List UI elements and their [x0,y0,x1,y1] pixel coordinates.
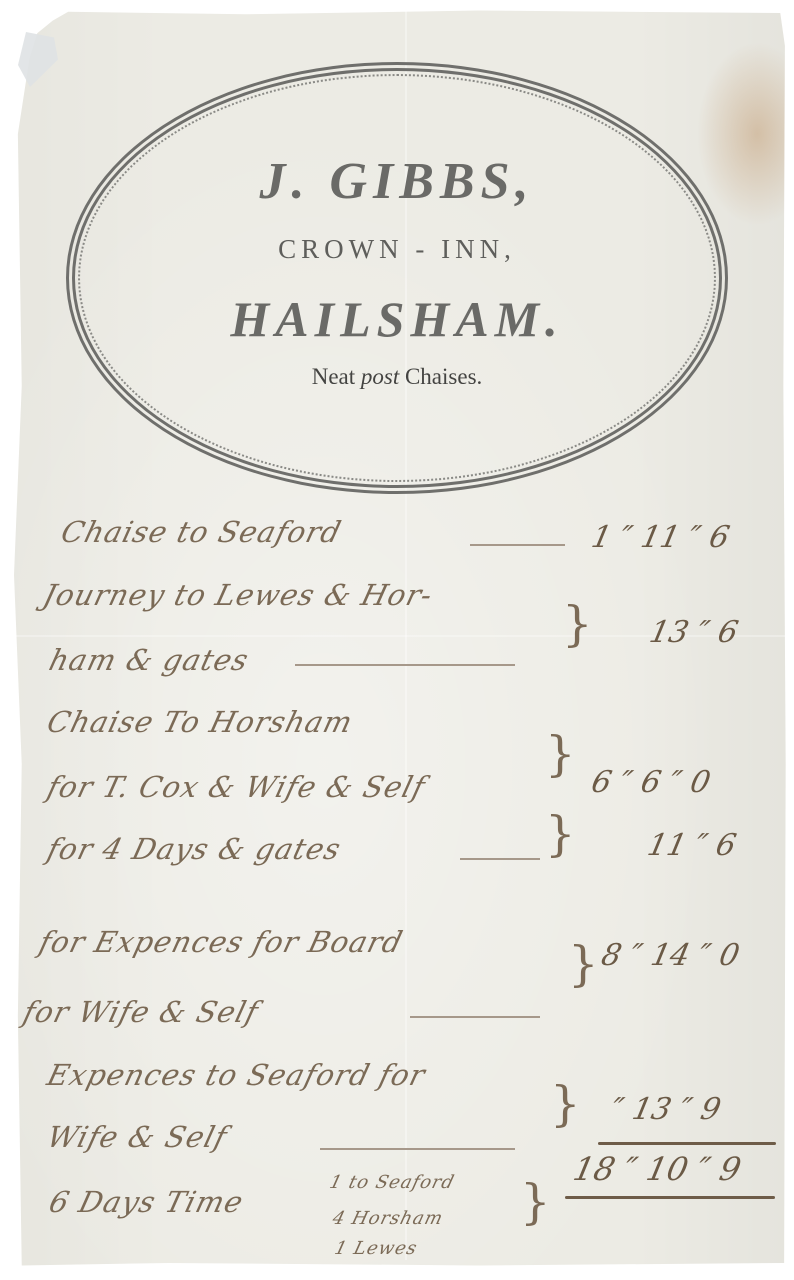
total-amount: 18 ″ 10 ″ 9 [570,1150,744,1188]
entry-description: Chaise to Seaford [58,515,345,549]
proprietor-name: J. GIBBS, [0,152,794,211]
entry-description: ham & gates [46,643,253,677]
entry-description: Chaise To Horsham [44,705,357,739]
leader-line [295,664,515,666]
entry-amount: 8 ″ 14 ″ 0 [598,938,742,973]
entry-description: Wife & Self [44,1120,231,1154]
brace: } [520,1178,551,1226]
leader-line [470,544,565,546]
entry-description: for Expences for Board [36,925,407,959]
entry-description: Expences to Seaford for [44,1058,429,1092]
entry-amount: ″ 13 ″ 9 [608,1092,724,1127]
entry-sub-item: 4 Horsham [330,1208,445,1229]
brace: } [568,940,599,988]
brace: } [562,600,593,648]
leader-line [320,1148,515,1150]
entry-description: for T. Cox & Wife & Self [44,770,429,804]
entry-description: for 4 Days & gates [44,832,345,866]
entry-amount: 6 ″ 6 ″ 0 [588,765,713,800]
leader-line [410,1016,540,1018]
entry-sub-item: 1 to Seaford [327,1172,457,1193]
entry-description: for Wife & Self [20,995,263,1029]
tagline: Neat post Chaises. [0,364,794,390]
town-name: HAILSHAM. [0,290,794,348]
entry-sub-item: 1 Lewes [332,1238,419,1259]
sum-rule [598,1142,776,1145]
inn-name: CROWN - INN, [0,234,794,265]
brace: } [550,1080,581,1128]
entry-amount: 1 ″ 11 ″ 6 [588,520,732,555]
entry-description: Journey to Lewes & Hor- [40,578,437,612]
brace: } [545,810,576,858]
total-underline [565,1196,775,1199]
brace: } [545,730,576,778]
entry-amount: 13 ″ 6 [646,615,741,650]
entry-amount: 11 ″ 6 [644,828,739,863]
entry-description: 6 Days Time [46,1185,247,1219]
oval-cartouche-border [66,62,728,494]
leader-line [460,858,540,860]
